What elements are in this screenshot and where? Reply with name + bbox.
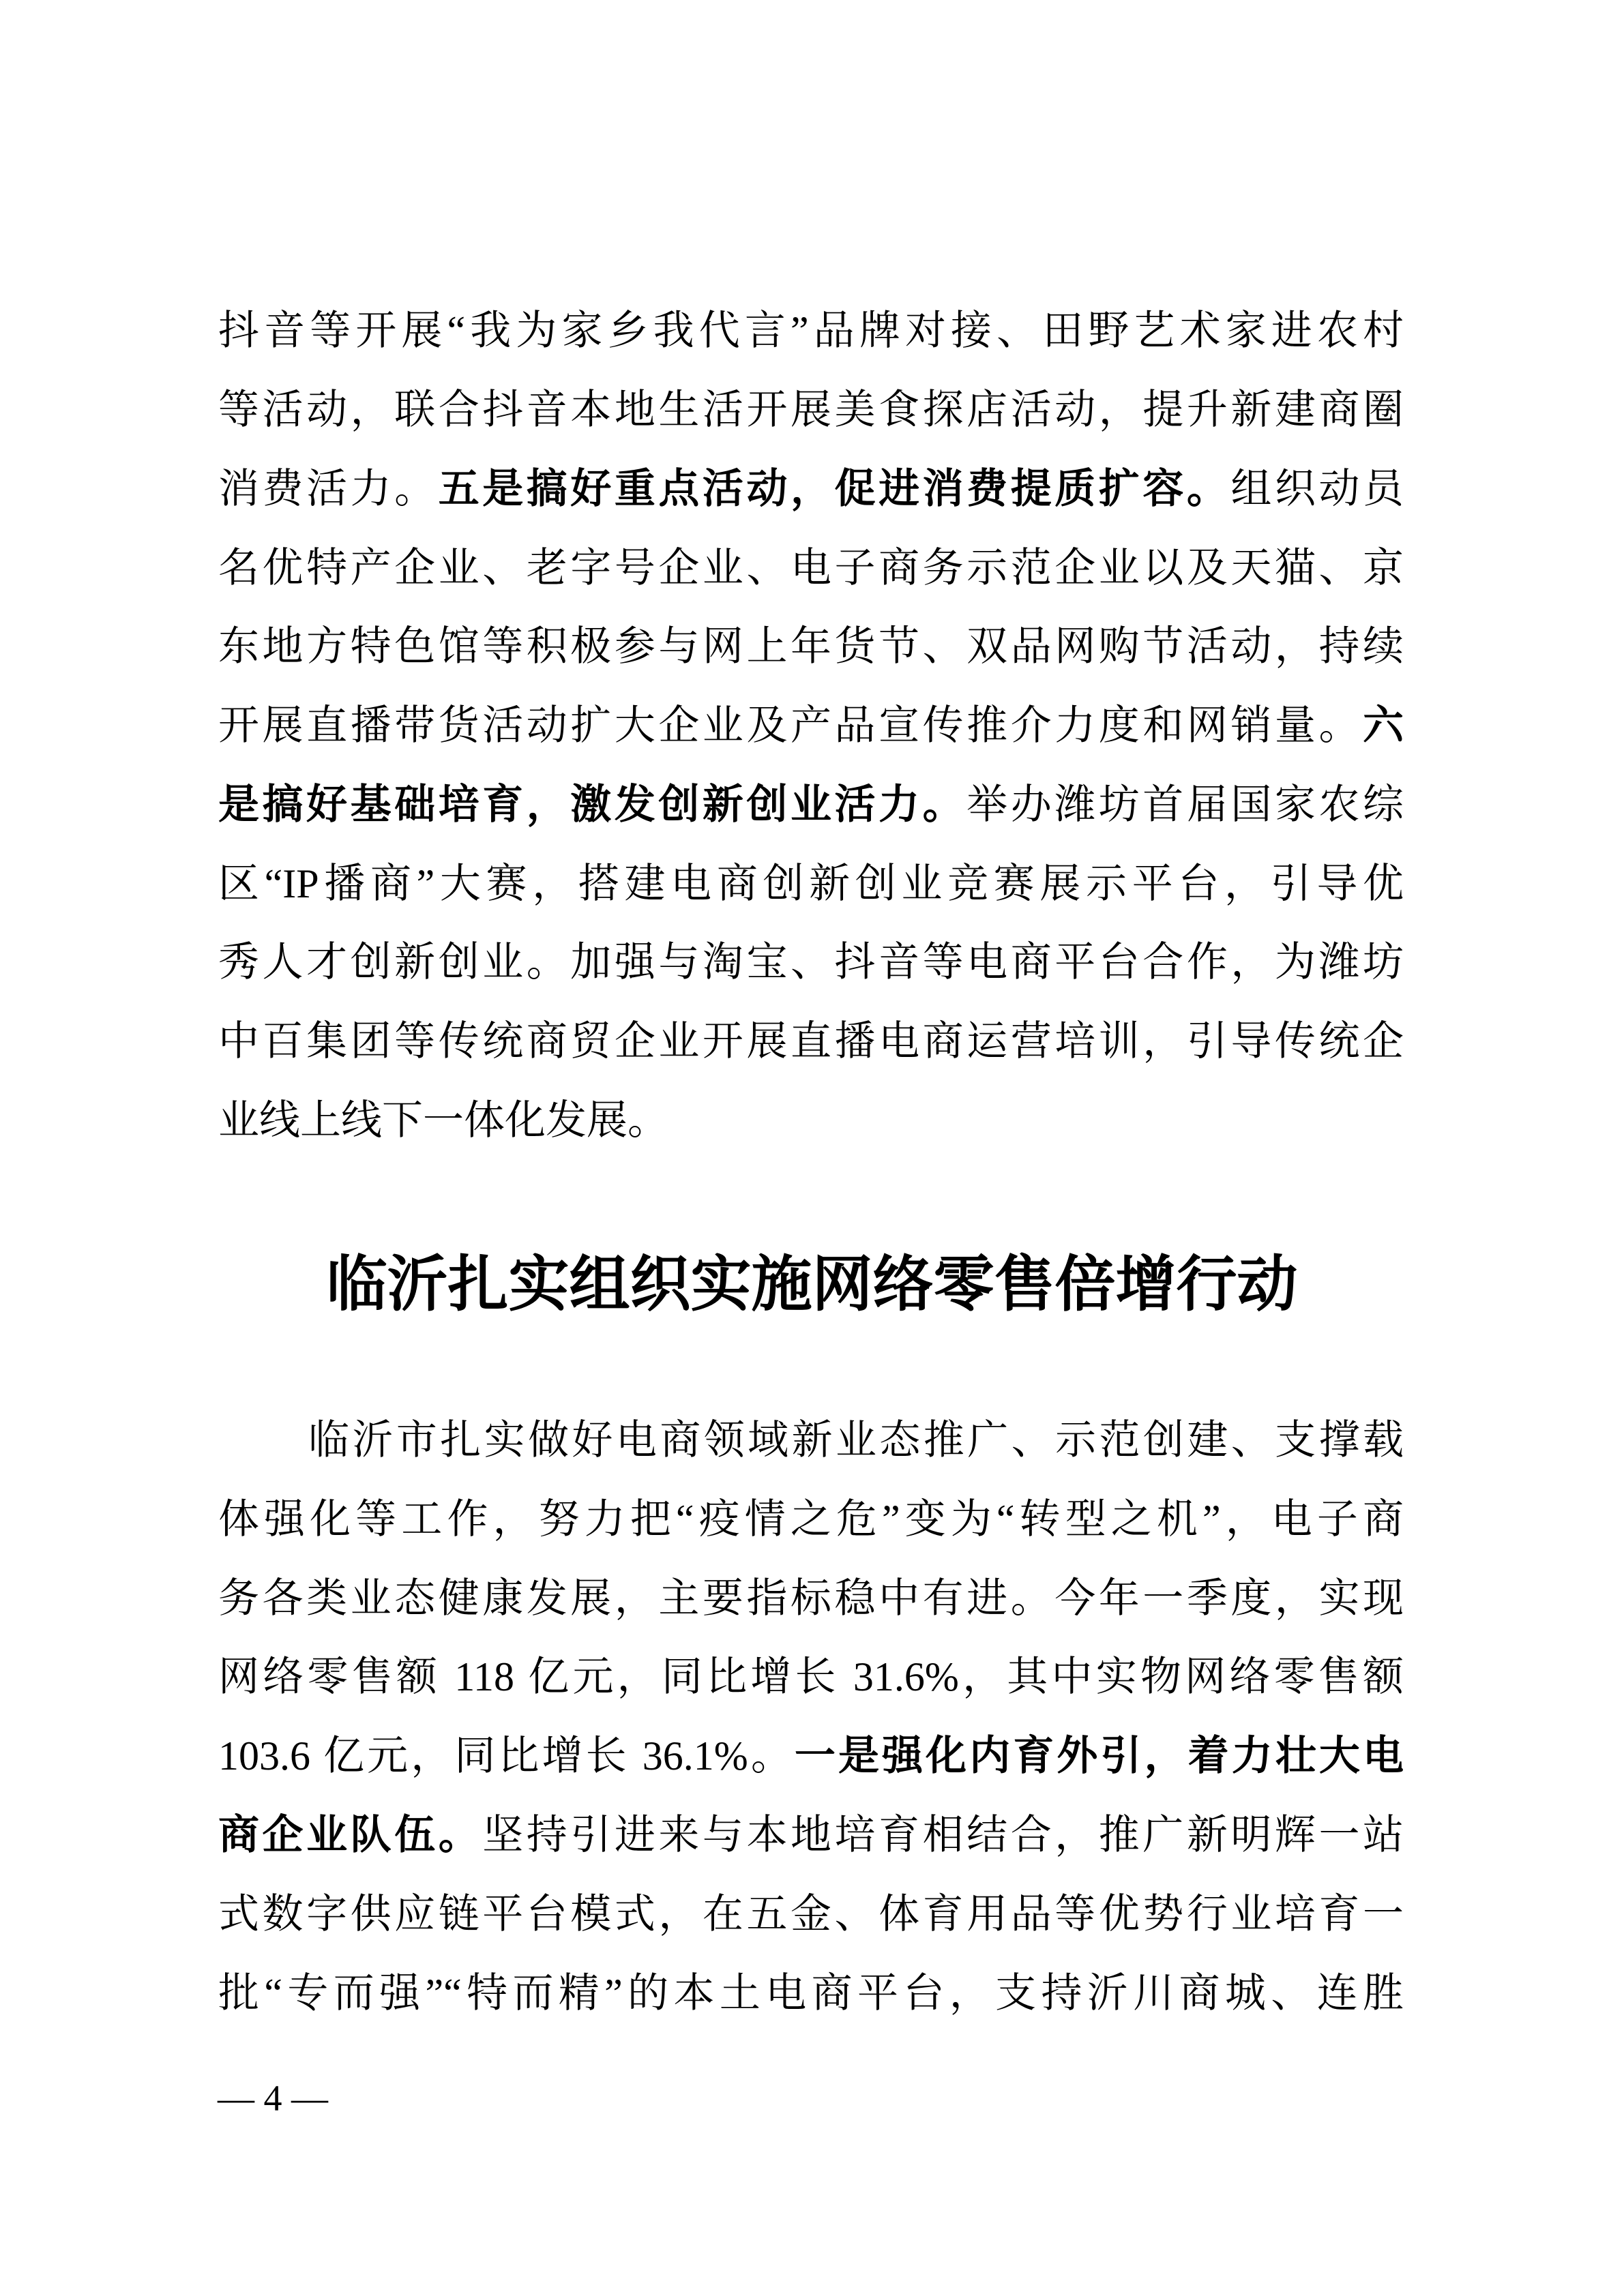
text-line: 开展直播带货活动扩大企业及产品宣传推介力度和网销量。六 bbox=[218, 686, 1404, 765]
document-page: 抖音等开展“我为家乡我代言”品牌对接、田野艺术家进农村 等活动，联合抖音本地生活… bbox=[0, 0, 1624, 2296]
text-segment: 秀人才创新创业。加强与淘宝、抖音等电商平台合作，为潍坊 bbox=[218, 940, 1404, 985]
text-line: 103.6 亿元，同比增长 36.1%。一是强化内育外引，着力壮大电 bbox=[218, 1716, 1404, 1795]
text-line: 业线上线下一体化发展。 bbox=[218, 1081, 1404, 1160]
text-line: 名优特产企业、老字号企业、电子商务示范企业以及天猫、京 bbox=[218, 528, 1404, 608]
text-line: 体强化等工作，努力把“疫情之危”变为“转型之机”，电子商 bbox=[218, 1480, 1404, 1559]
bold-heading-six-start: 六 bbox=[1363, 702, 1404, 749]
text-line: 批“专而强”“特而精”的本土电商平台，支持沂川商城、连胜 bbox=[218, 1954, 1404, 2033]
text-segment: 临沂市扎实做好电商领域新业态推广、示范创建、支撑载 bbox=[308, 1418, 1404, 1463]
text-line: 秀人才创新创业。加强与淘宝、抖音等电商平台合作，为潍坊 bbox=[218, 923, 1404, 1002]
text-line: 临沂市扎实做好电商领域新业态推广、示范创建、支撑载 bbox=[308, 1401, 1404, 1480]
text-line: 务各类业态健康发展，主要指标稳中有进。今年一季度，实现 bbox=[218, 1559, 1404, 1638]
text-line: 东地方特色馆等积极参与网上年货节、双品网购节活动，持续 bbox=[218, 607, 1404, 686]
text-segment: 东地方特色馆等积极参与网上年货节、双品网购节活动，持续 bbox=[218, 624, 1404, 669]
text-line: 商企业队伍。坚持引进来与本地培育相结合，推广新明辉一站 bbox=[218, 1795, 1404, 1875]
text-segment: 组织动员 bbox=[1230, 466, 1404, 511]
text-segment: 务各类业态健康发展，主要指标稳中有进。今年一季度，实现 bbox=[218, 1576, 1404, 1621]
text-segment: 等活动，联合抖音本地生活开展美食探店活动，提升新建商圈 bbox=[218, 387, 1404, 432]
text-segment: 消费活力。 bbox=[218, 466, 439, 511]
text-segment: 批“专而强”“特而精”的本土电商平台，支持沂川商城、连胜 bbox=[218, 1971, 1404, 2016]
text-segment: 名优特产企业、老字号企业、电子商务示范企业以及天猫、京 bbox=[218, 546, 1404, 591]
text-line: 式数字供应链平台模式，在五金、体育用品等优势行业培育一 bbox=[218, 1875, 1404, 1954]
text-line: 中百集团等传统商贸企业开展直播电商运营培训，引导传统企 bbox=[218, 1002, 1404, 1081]
bold-heading-six: 是搞好基础培育，激发创新创业活力。 bbox=[218, 781, 966, 829]
text-line: 消费活力。五是搞好重点活动，促进消费提质扩容。组织动员 bbox=[218, 449, 1404, 528]
text-segment: 体强化等工作，努力把“疫情之危”变为“转型之机”，电子商 bbox=[218, 1497, 1404, 1542]
text-line: 是搞好基础培育，激发创新创业活力。举办潍坊首届国家农综 bbox=[218, 765, 1404, 844]
text-line: 等活动，联合抖音本地生活开展美食探店活动，提升新建商圈 bbox=[218, 370, 1404, 449]
text-line: 网络零售额 118 亿元，同比增长 31.6%，其中实物网络零售额 bbox=[218, 1637, 1404, 1716]
text-segment: 坚持引进来与本地培育相结合，推广新明辉一站 bbox=[482, 1813, 1404, 1858]
text-line: 抖音等开展“我为家乡我代言”品牌对接、田野艺术家进农村 bbox=[218, 291, 1404, 370]
text-segment: 业线上线下一体化发展。 bbox=[218, 1098, 668, 1143]
text-segment: 抖音等开展“我为家乡我代言”品牌对接、田野艺术家进农村 bbox=[218, 308, 1404, 353]
bold-heading-five: 五是搞好重点活动，促进消费提质扩容。 bbox=[439, 465, 1231, 513]
text-segment: 式数字供应链平台模式，在五金、体育用品等优势行业培育一 bbox=[218, 1892, 1404, 1937]
text-line: 区“IP播商”大赛，搭建电商创新创业竞赛展示平台，引导优 bbox=[218, 844, 1404, 923]
text-segment: 中百集团等传统商贸企业开展直播电商运营培训，引导传统企 bbox=[218, 1019, 1404, 1064]
text-segment: 举办潍坊首届国家农综 bbox=[966, 782, 1404, 827]
text-segment: 103.6 亿元，同比增长 36.1%。 bbox=[218, 1733, 795, 1778]
bold-heading-one-end: 商企业队伍。 bbox=[218, 1811, 482, 1859]
bold-heading-one: 一是强化内育外引，着力壮大电 bbox=[795, 1732, 1404, 1780]
section-title: 临沂扎实组织实施网络零售倍增行动 bbox=[0, 1245, 1624, 1323]
text-segment: 开展直播带货活动扩大企业及产品宣传推介力度和网销量。 bbox=[218, 703, 1363, 748]
page-number: — 4 — bbox=[218, 2076, 328, 2120]
text-segment: 网络零售额 118 亿元，同比增长 31.6%，其中实物网络零售额 bbox=[218, 1654, 1404, 1699]
text-segment: 区“IP播商”大赛，搭建电商创新创业竞赛展示平台，引导优 bbox=[218, 861, 1404, 906]
